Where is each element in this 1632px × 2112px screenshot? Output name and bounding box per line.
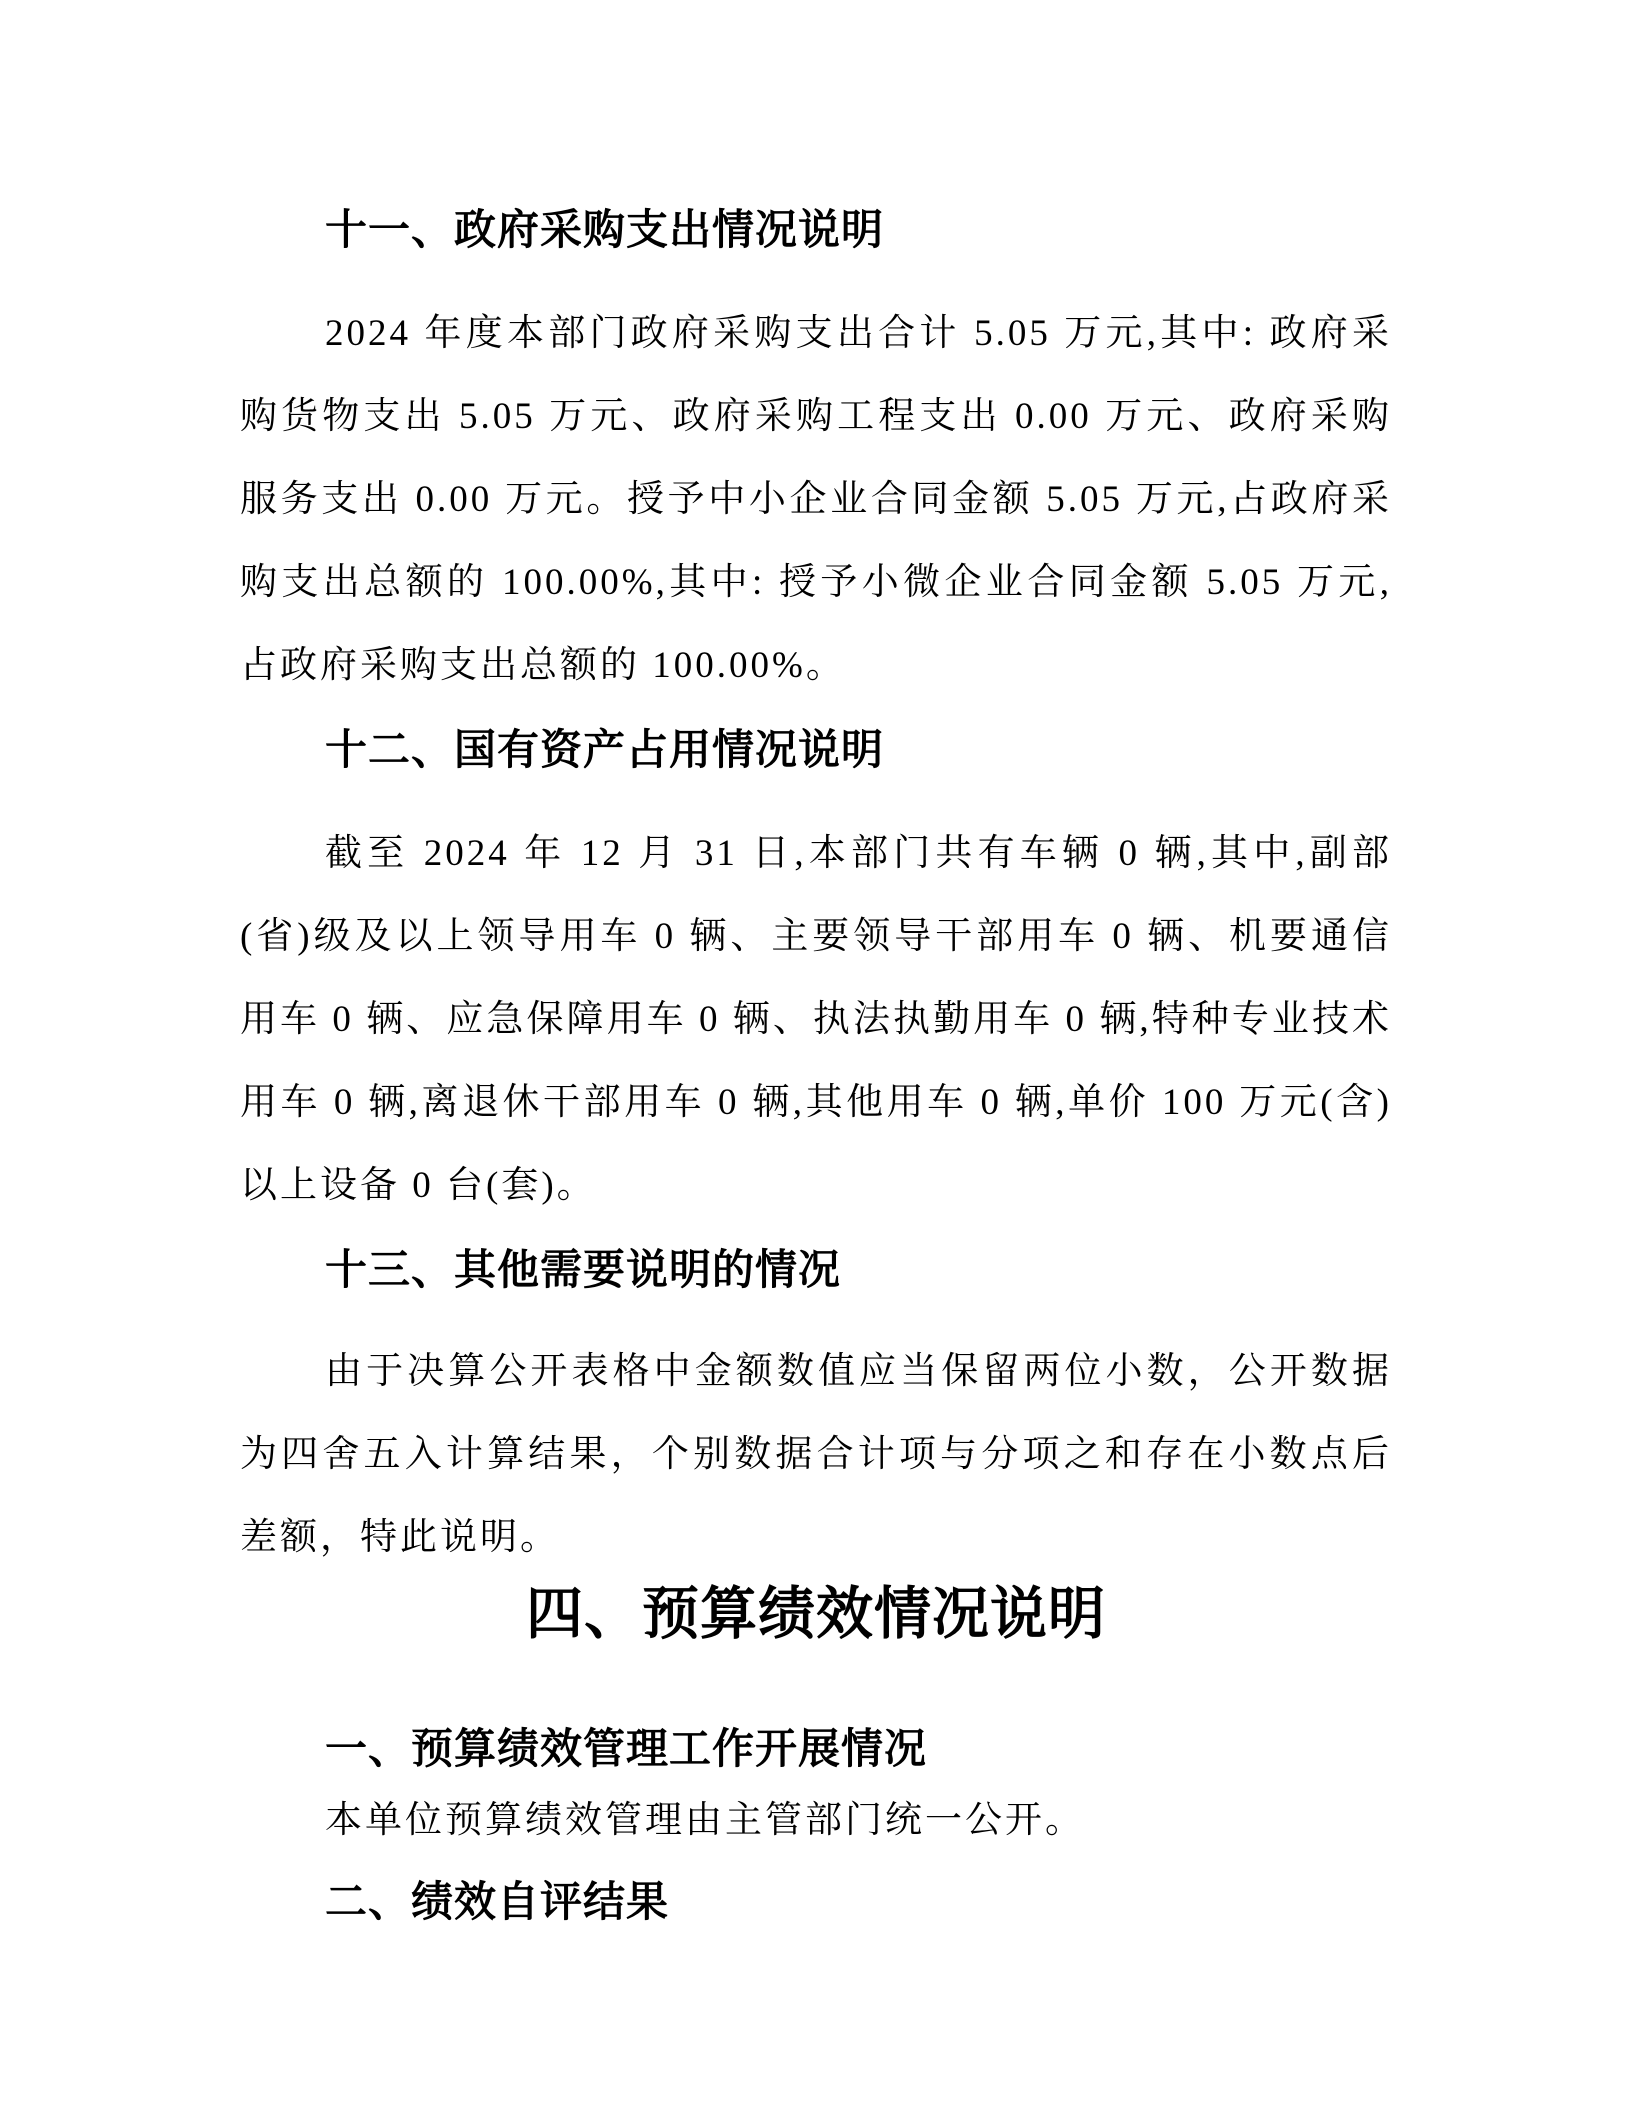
section-12-paragraph: 截至 2024 年 12 月 31 日,本部门共有车辆 0 辆,其中,副部(省)… [240,812,1392,1227]
part-4-title: 四、预算绩效情况说明 [240,1581,1392,1649]
section-13-paragraph: 由于决算公开表格中金额数值应当保留两位小数，公开数据为四舍五入计算结果，个别数据… [240,1330,1392,1579]
part-4-sub-2-heading: 二、绩效自评结果 [240,1880,1392,1924]
document-content: 十一、政府采购支出情况说明 2024 年度本部门政府采购支出合计 5.05 万元… [240,0,1392,1924]
part-4-sub-1-paragraph: 本单位预算绩效管理由主管部门统一公开。 [240,1779,1392,1862]
section-11-paragraph: 2024 年度本部门政府采购支出合计 5.05 万元,其中: 政府采购货物支出 … [240,292,1392,707]
part-4-sub-1-heading: 一、预算绩效管理工作开展情况 [240,1727,1392,1771]
section-12-heading: 十二、国有资产占用情况说明 [240,728,1392,772]
section-13-heading: 十三、其他需要说明的情况 [240,1248,1392,1292]
section-11-heading: 十一、政府采购支出情况说明 [240,208,1392,252]
document-page: 十一、政府采购支出情况说明 2024 年度本部门政府采购支出合计 5.05 万元… [0,0,1632,2112]
